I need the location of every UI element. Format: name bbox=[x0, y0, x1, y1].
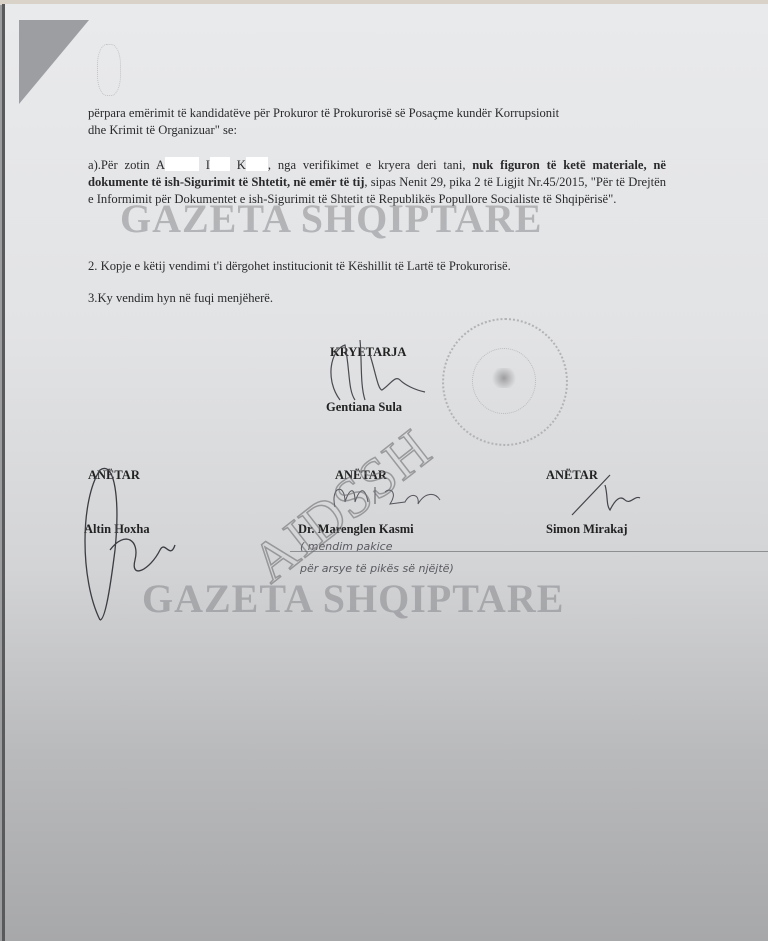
point-3: 3.Ky vendim hyn në fuqi menjëherë. bbox=[88, 290, 668, 307]
seal-emblem bbox=[490, 368, 518, 388]
member-3-name: Simon Mirakaj bbox=[546, 522, 628, 537]
member-3-signature bbox=[570, 470, 650, 520]
redaction-box bbox=[165, 157, 199, 171]
redaction-box bbox=[210, 157, 230, 171]
corner-stamp-mark bbox=[97, 44, 121, 96]
point-a-after: , nga verifikimet e kryera deri tani, bbox=[268, 158, 472, 172]
watermark-publisher-bottom: GAZETA SHQIPTARE bbox=[142, 575, 564, 622]
intro-line-1: përpara emërimit të kandidatëve për Prok… bbox=[88, 105, 668, 122]
watermark-publisher-top: GAZETA SHQIPTARE bbox=[120, 195, 542, 242]
member-2-handwritten-note-2: për arsye të pikës së njëjtë) bbox=[300, 562, 454, 575]
redaction-box bbox=[246, 157, 268, 171]
chair-signature bbox=[320, 330, 440, 420]
intro-line-2: dhe Krimit të Organizuar" se: bbox=[88, 122, 668, 139]
folded-corner bbox=[19, 20, 89, 104]
official-seal bbox=[442, 318, 568, 446]
point-a-initial-2: K bbox=[237, 158, 246, 172]
intro-paragraph: përpara emërimit të kandidatëve për Prok… bbox=[88, 105, 668, 139]
point-a-prefix: a).Për zotin A bbox=[88, 158, 165, 172]
point-2: 2. Kopje e këtij vendimi t'i dërgohet in… bbox=[88, 258, 668, 275]
scan-divider-line bbox=[290, 551, 768, 552]
